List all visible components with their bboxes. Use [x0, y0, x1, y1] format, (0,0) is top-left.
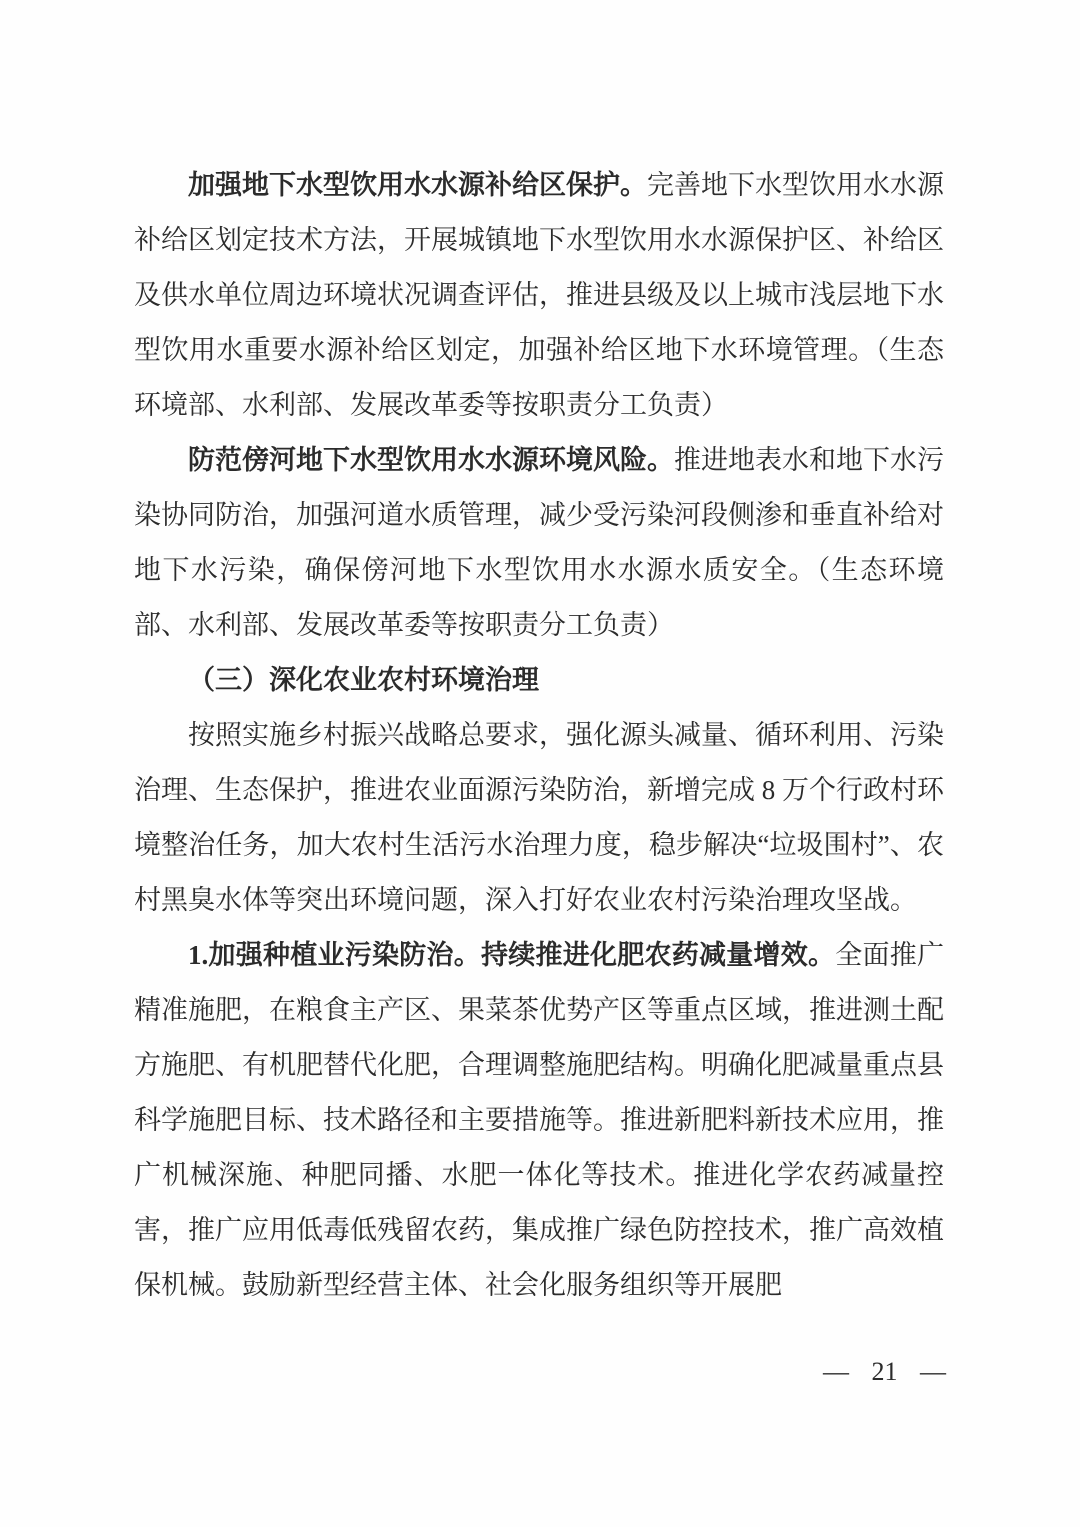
paragraph-planting-pollution-control: 1.加强种植业污染防治。持续推进化肥农药减量增效。全面推广精准施肥，在粮食主产区… — [134, 928, 944, 1313]
document-page: 加强地下水型饮用水水源补给区保护。完善地下水型饮用水水源补给区划定技术方法，开展… — [0, 0, 1080, 1527]
paragraph-bold-lead: 1.加强种植业污染防治。持续推进化肥农药减量增效。 — [188, 940, 835, 970]
document-body: 加强地下水型饮用水水源补给区保护。完善地下水型饮用水水源补给区划定技术方法，开展… — [134, 158, 944, 1313]
paragraph-riverside-groundwater-risk: 防范傍河地下水型饮用水水源环境风险。推进地表水和地下水污染协同防治，加强河道水质… — [134, 433, 944, 653]
paragraph-body-text: 全面推广精准施肥，在粮食主产区、果菜茶优势产区等重点区域，推进测土配方施肥、有机… — [134, 940, 944, 1300]
page-footer: — 21 — — [823, 1352, 946, 1392]
paragraph-bold-lead: 加强地下水型饮用水水源补给区保护。 — [188, 170, 647, 200]
paragraph-body-text: 完善地下水型饮用水水源补给区划定技术方法，开展城镇地下水型饮用水水源保护区、补给… — [134, 170, 944, 420]
paragraph-bold-lead: 防范傍河地下水型饮用水水源环境风险。 — [188, 445, 674, 475]
section-heading-rural-environment: （三）深化农业农村环境治理 — [134, 653, 944, 708]
paragraph-groundwater-supply-protection: 加强地下水型饮用水水源补给区保护。完善地下水型饮用水水源补给区划定技术方法，开展… — [134, 158, 944, 433]
page-number: — 21 — — [823, 1357, 946, 1386]
paragraph-rural-environment-overview: 按照实施乡村振兴战略总要求，强化源头减量、循环利用、污染治理、生态保护，推进农业… — [134, 708, 944, 928]
